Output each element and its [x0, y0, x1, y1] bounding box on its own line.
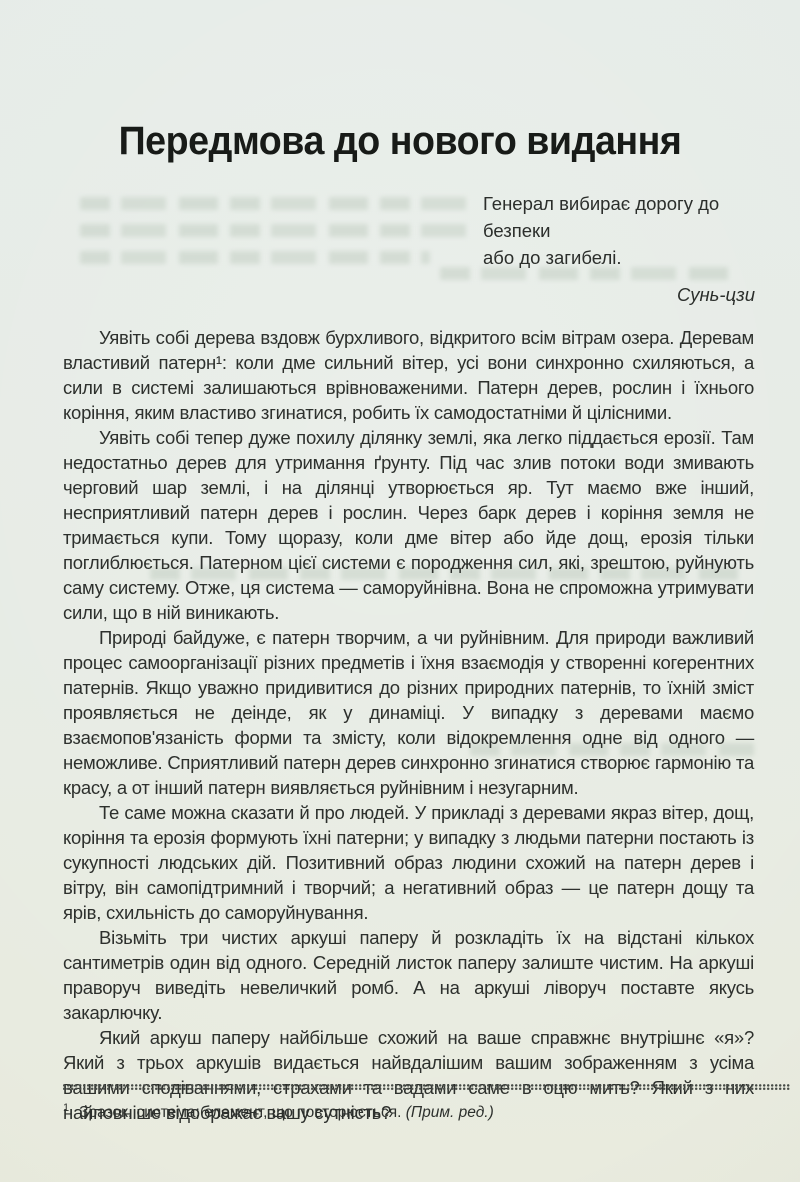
body-text: Уявіть собі дерева вздовж бурхливого, ві… [63, 325, 754, 1125]
epigraph-line-1: Генерал вибирає дорогу до безпеки [483, 190, 755, 244]
footnote-text: Зразок, система; елемент, що повторюєтьс… [79, 1104, 401, 1121]
body-paragraph-2: Уявіть собі тепер дуже похилу ділянку зе… [63, 425, 754, 625]
footnote-source: (Прим. ред.) [406, 1104, 494, 1121]
epigraph-attribution: Сунь-цзи [483, 281, 755, 308]
body-paragraph-1: Уявіть собі дерева вздовж бурхливого, ві… [63, 325, 754, 425]
footnote-marker: 1 [63, 1102, 69, 1114]
bleed-through-text [80, 251, 430, 264]
footnote: 1Зразок, система; елемент, що повторюєть… [63, 1098, 763, 1123]
epigraph: Генерал вибирає дорогу до безпеки або до… [483, 190, 755, 308]
chapter-title: Передмова до нового видання [24, 0, 776, 164]
footnote-divider [63, 1084, 791, 1090]
bleed-through-text [80, 197, 468, 210]
bleed-through-text [80, 224, 468, 237]
body-paragraph-5: Візьміть три чистих аркуші паперу й розк… [63, 925, 754, 1025]
book-page: Передмова до нового видання Генерал виби… [0, 0, 800, 1182]
body-paragraph-4: Те саме можна сказати й про людей. У при… [63, 800, 754, 925]
body-paragraph-3: Природі байдуже, є патерн творчим, а чи … [63, 625, 754, 800]
epigraph-line-2: або до загибелі. [483, 244, 755, 271]
